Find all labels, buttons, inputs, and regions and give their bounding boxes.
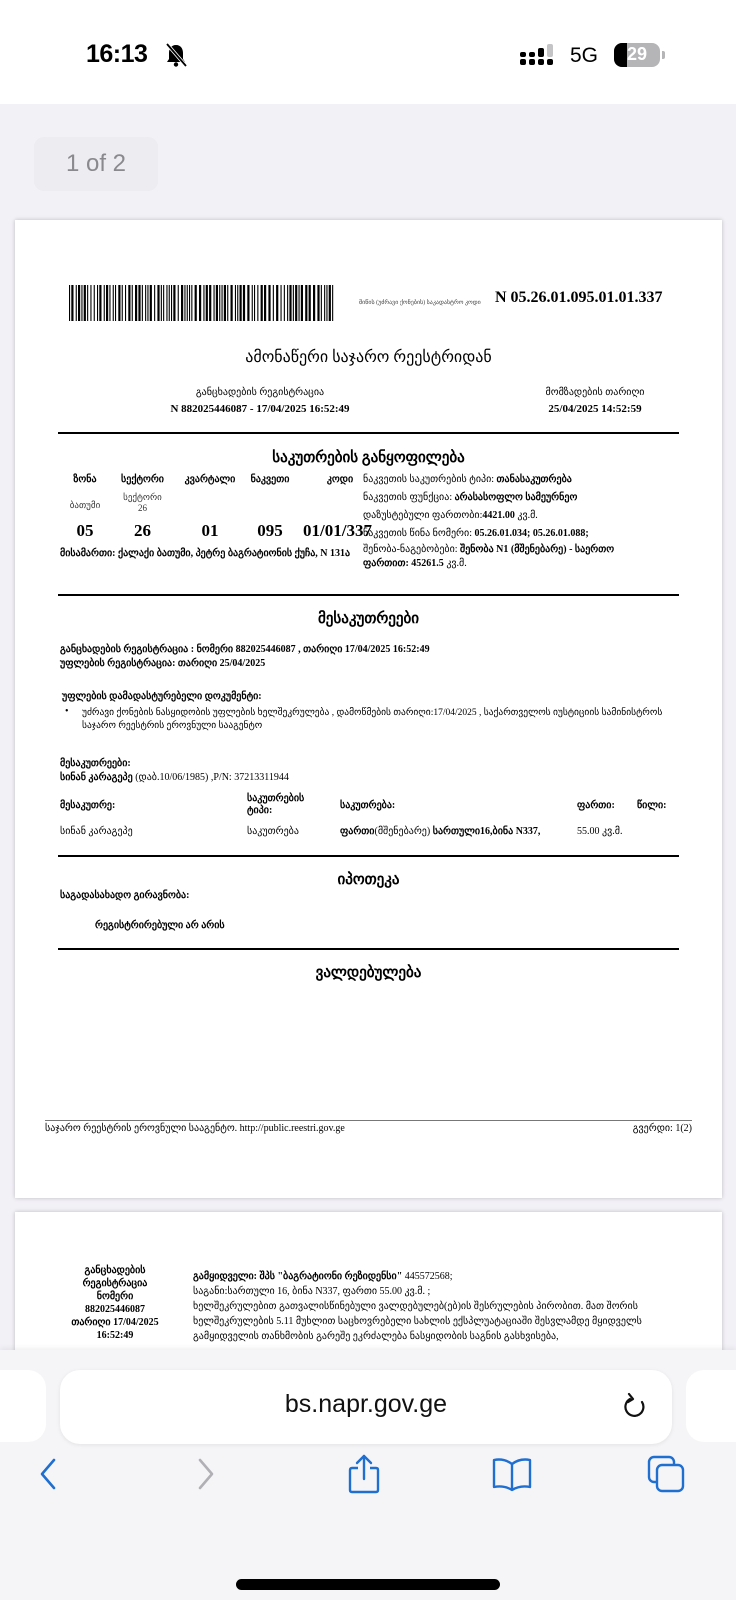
zone-name: ბათუმი [60,500,110,511]
obligation-section-title: ვალდებულება [15,963,722,982]
tax-lien-value: რეგისტრირებული არ არის [95,920,225,931]
application-value: N 882025446087 - 17/04/2025 16:52:49 [145,403,375,415]
rights-document-item: უძრავი ქონების ნასყიდობის უფლების ხელშეკ… [82,707,682,733]
page-counter: 1 of 2 [34,137,158,191]
ownership-type-cell: საკუთრება [247,826,299,837]
sector-name: სექტორი 26 [115,492,170,514]
share-button[interactable] [340,1450,388,1498]
barcode-image [69,285,334,321]
owner-cell: სინან კარაგეპე [60,826,133,837]
bullet: • [65,706,69,717]
cadastral-code-label: მიწის (უძრავი ქონების) საკადასტრო კოდი [359,299,481,306]
battery-icon: 29 [614,43,660,67]
pdf-page-1[interactable]: მიწის (უძრავი ქონების) საკადასტრო კოდი N… [15,220,722,1198]
home-indicator[interactable] [236,1579,500,1590]
area-cell: 55.00 კვ.მ. [577,826,622,837]
buildings-area: ფართით: 45261.5 კვ.მ. [363,558,467,569]
seller-line: გამყიდველი: შპს "ბაგრატიონი რეზიდენსი" 4… [193,1269,693,1284]
owners-label: მესაკუთრეები: [60,758,131,769]
forward-icon [195,1457,217,1491]
cadastral-code-number: N 05.26.01.095.01.01.337 [495,289,663,307]
browser-toolbar: bs.napr.gov.ge [0,1350,736,1600]
p2-left-line: თარიღი 17/04/2025 [55,1316,175,1329]
owner-line: სინან კარაგეპე (დაბ.10/06/1985) ,P/N: 37… [60,772,289,783]
prepared-label: მომზადების თარიღი [515,387,675,398]
zone-value: 05 [60,521,110,541]
footer-page-number: გვერდი: 1(2) [633,1123,692,1134]
quarter-value: 01 [175,521,245,541]
footer-divider [45,1120,692,1121]
col-parcel: ნაკვეთი [240,474,300,485]
p2-text-line: საგანი:სართული 16, ბინა N337, ფართი 55.0… [193,1284,693,1299]
network-type: 5G [570,44,598,68]
bookmarks-button[interactable] [488,1450,536,1498]
tabs-icon [646,1454,686,1494]
address-bar[interactable]: bs.napr.gov.ge [60,1370,672,1444]
section-divider [58,432,679,434]
bell-slash-icon [164,42,188,68]
tax-lien-label: საგადასახადო გირავნობა: [60,890,189,901]
previous-number: ნაკვეთის წინა ნომერი: 05.26.01.034; 05.2… [363,528,589,539]
buildings: შენობა-ნაგებობები: შენობა N1 (მშენებარე)… [363,544,614,555]
rights-registration-line: უფლების რეგისტრაცია: თარიღი 25/04/2025 [60,658,265,669]
bookmarks-icon [491,1456,533,1492]
property-section-title: საკუთრების განყოფილება [15,448,722,467]
p2-left-line: რეგისტრაცია [55,1277,175,1290]
battery-tip [662,51,665,59]
th-ownership-type: საკუთრების ტიპი: [247,793,322,817]
col-zone: ზონა [60,474,110,485]
section-divider [58,594,679,596]
status-bar: 16:13 5G 29 [0,0,736,104]
parcel-function: ნაკვეთის ფუნქცია: არასასოფლო სამეურნეო [363,492,577,503]
parcel-value: 095 [240,521,300,541]
signal-icon [520,44,560,68]
footer-agency: საჯარო რეესტრის ეროვნული სააგენტო. http:… [45,1123,345,1134]
col-sector: სექტორი [115,474,170,485]
share-icon [347,1453,381,1495]
parcel-ownership-type: ნაკვეთის საკუთრების ტიპი: თანასაკუთრება [363,474,572,485]
th-share: წილი: [637,800,667,811]
document-title: ამონაწერი საჯარო რეესტრიდან [15,347,722,367]
page2-application-info: განცხადების რეგისტრაცია ნომერი 882025446… [55,1264,175,1342]
back-button[interactable] [24,1450,72,1498]
property-cell: ფართი(მშენებარე) სართული16,ბინა N337, [340,826,540,837]
p2-left-line: 882025446087 [55,1303,175,1316]
clock: 16:13 [86,40,147,69]
rights-document-label: უფლების დამადასტურებელი დოკუმენტი: [62,691,262,702]
tabs-button[interactable] [642,1450,690,1498]
mortgage-section-title: იპოთეკა [15,870,722,889]
next-tab-preview[interactable] [686,1370,736,1442]
th-owner: მესაკუთრე: [60,800,115,811]
section-divider [58,855,679,857]
p2-text-line: ხელშეკრულების 5.11 მუხლით საცხოვრებელი ს… [193,1314,693,1329]
page2-obligation-text: გამყიდველი: შპს "ბაგრატიონი რეზიდენსი" 4… [193,1269,693,1344]
col-quarter: კვარტალი [175,474,245,485]
p2-left-line: ნომერი [55,1290,175,1303]
prepared-value: 25/04/2025 14:52:59 [515,403,675,415]
back-icon [37,1457,59,1491]
owners-application-line: განცხადების რეგისტრაცია : ნომერი 8820254… [60,644,430,655]
p2-text-line: ხელშეკრულებით გათვალისწინებული ვალდებულე… [193,1299,693,1314]
th-property: საკუთრება: [340,800,395,811]
section-divider [58,948,679,950]
th-area: ფართი: [577,800,615,811]
p2-text-line: გამყიდველის თანხმობის გარეშე ეკრძალება ნ… [193,1329,693,1344]
specified-area: დაზუსტებული ფართობი:4421.00 კვ.მ. [363,510,538,521]
previous-tab-preview[interactable] [0,1370,46,1442]
url-text[interactable]: bs.napr.gov.ge [60,1390,672,1419]
application-label: განცხადების რეგისტრაცია [165,387,355,398]
reload-icon[interactable] [620,1392,650,1422]
p2-left-line: განცხადების [55,1264,175,1277]
owners-section-title: მესაკუთრეები [15,609,722,628]
forward-button[interactable] [182,1450,230,1498]
address: მისამართი: ქალაქი ბათუმი, პეტრე ბაგრატიო… [60,547,360,560]
sector-value: 26 [115,521,170,541]
p2-left-line: 16:52:49 [55,1329,175,1342]
